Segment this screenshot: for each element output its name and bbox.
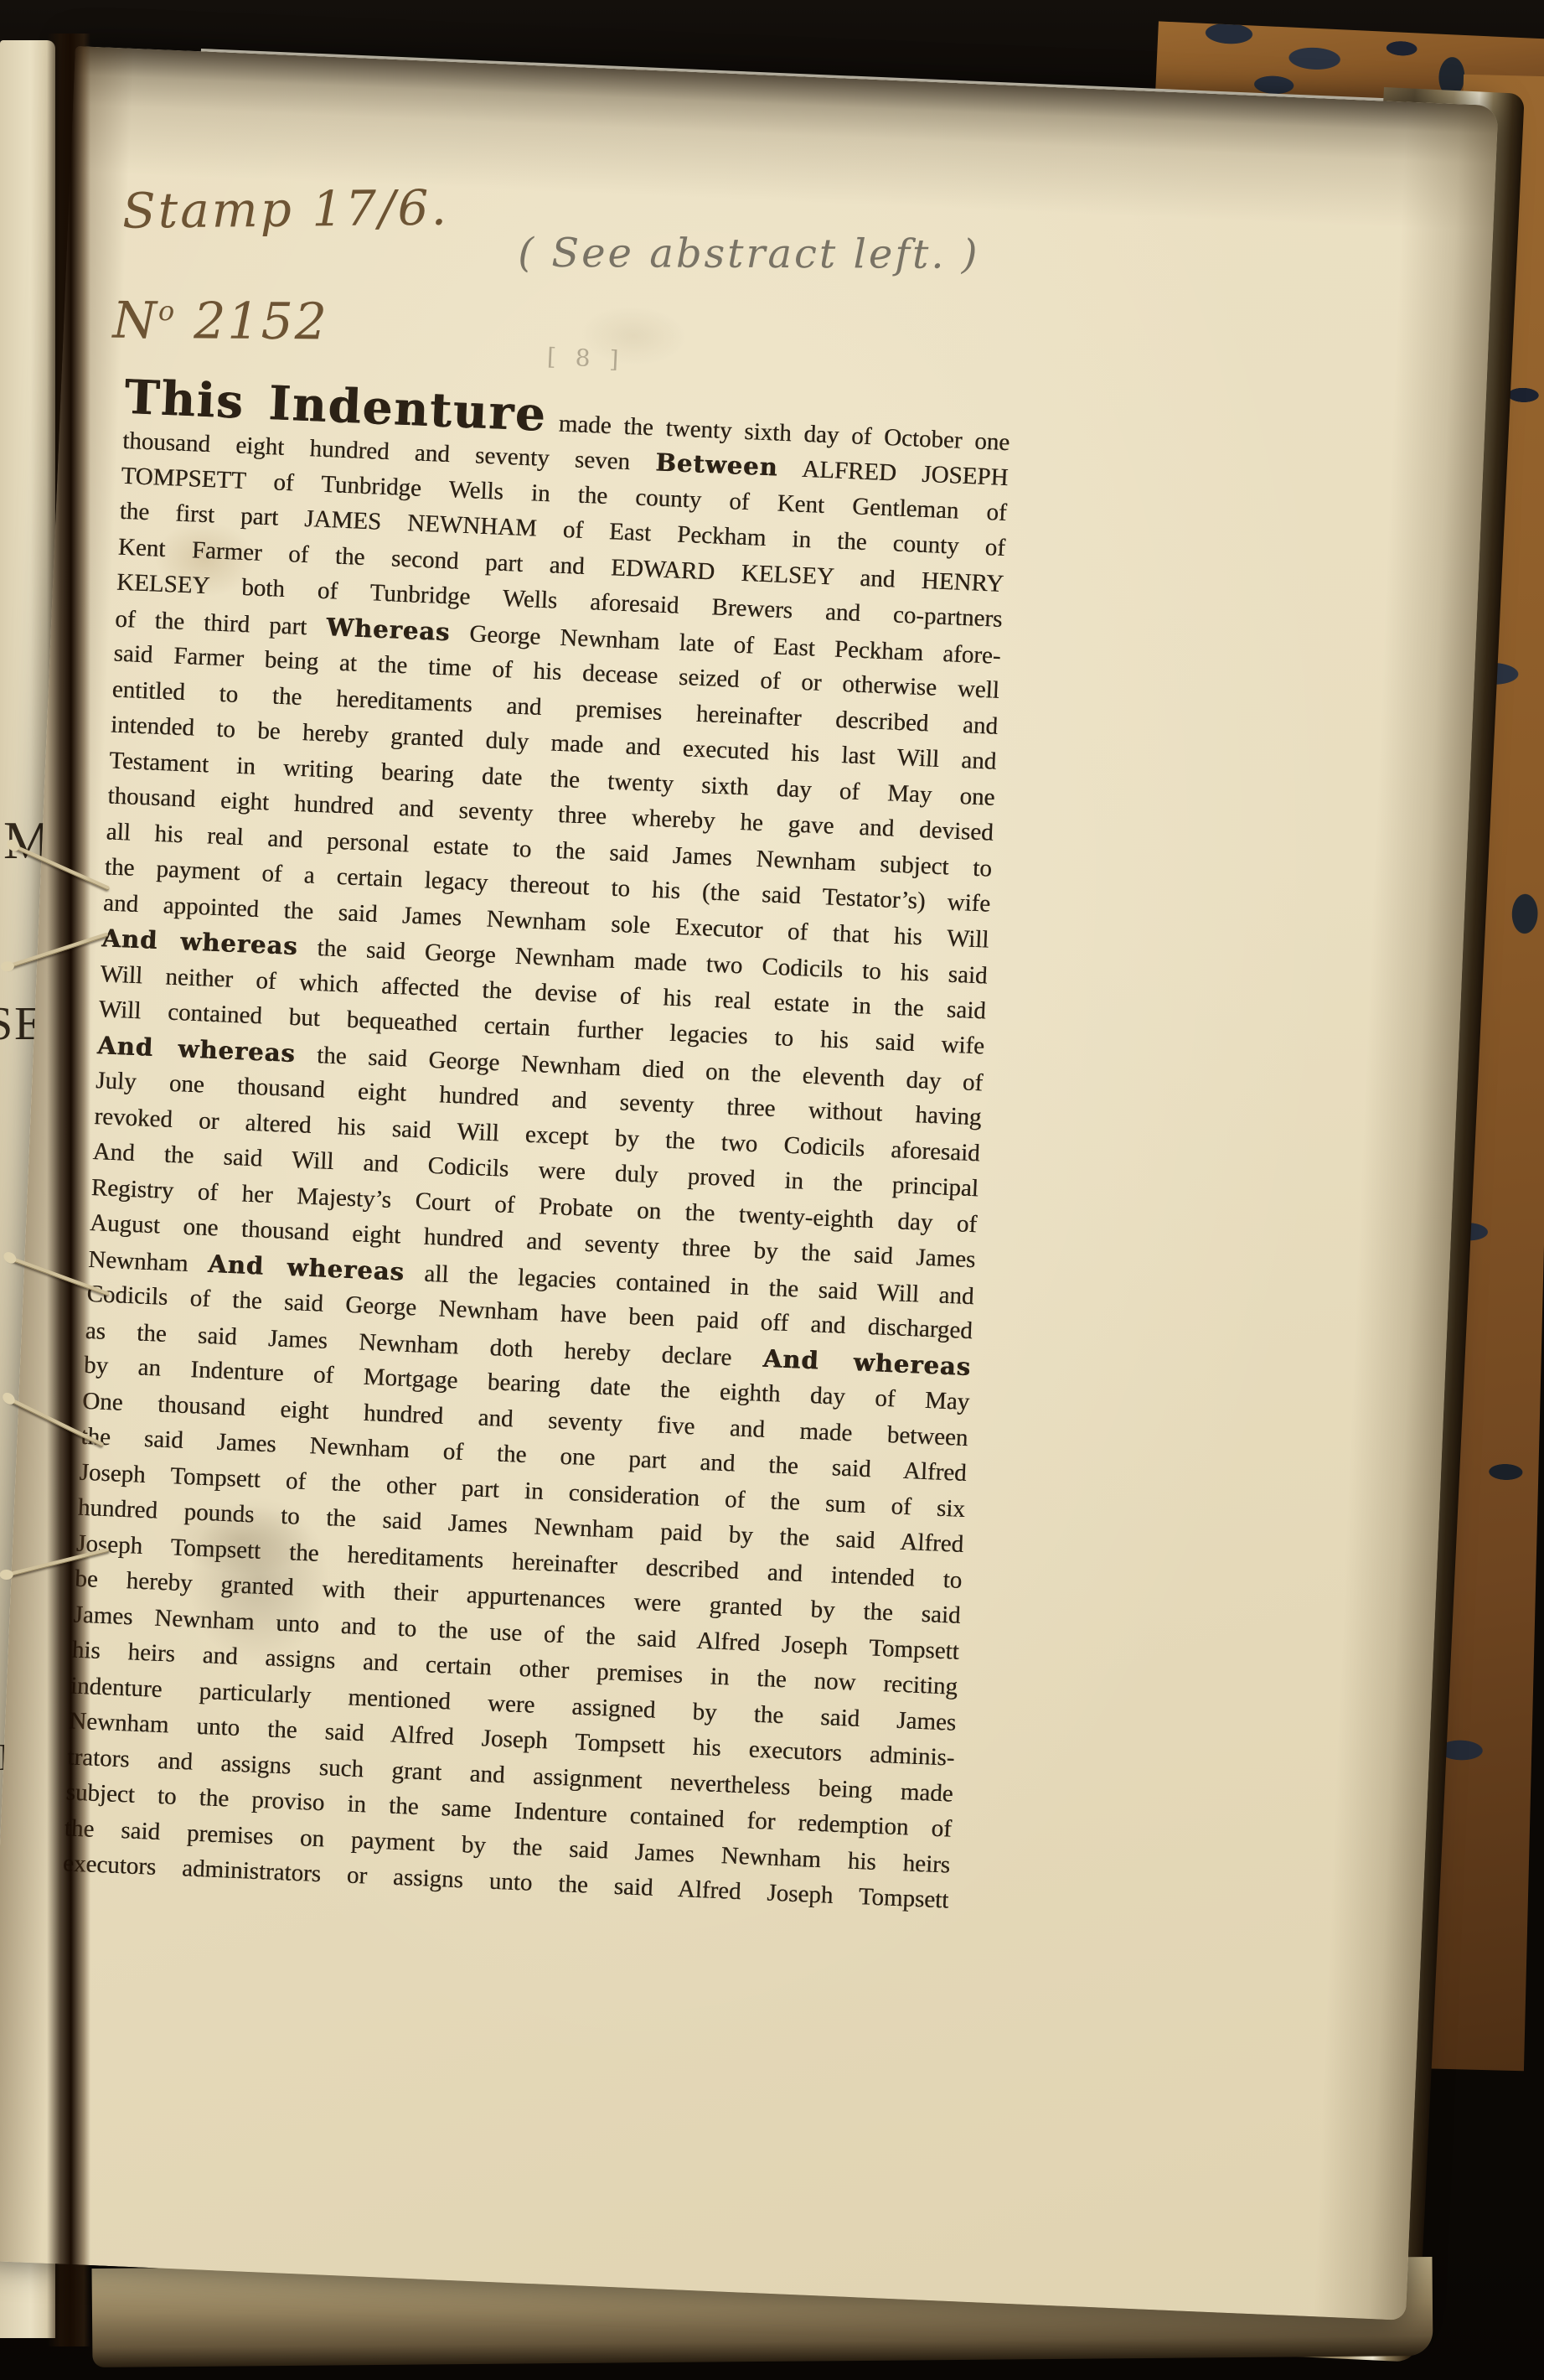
text-segment: of the third part <box>115 605 327 641</box>
binding-gutter <box>47 34 90 2346</box>
number-prefix: N <box>112 292 158 350</box>
stamp-duty-handwriting: Stamp 17/6. <box>122 179 450 240</box>
document-text: This Indenture made the twenty sixth day… <box>62 372 1011 1918</box>
blackletter-segment: And whereas <box>96 1031 296 1068</box>
blackletter-segment: Whereas <box>326 613 451 646</box>
document-page: Stamp 17/6. ( See abstract left. ) No 21… <box>0 46 1499 2320</box>
number-value: 2152 <box>194 292 328 351</box>
number-superscript: o <box>158 295 177 327</box>
blackletter-segment: And whereas <box>762 1343 972 1380</box>
document-number-handwriting: No 2152 <box>112 292 328 352</box>
blackletter-segment: And whereas <box>101 924 298 960</box>
pencil-annotation: ( See abstract left. ) <box>518 230 979 278</box>
blackletter-segment: Between <box>655 448 779 481</box>
photographed-book-page: M SETT. N, WELLS Stamp 17/6. ( See abstr… <box>0 0 1544 2380</box>
faint-page-stamp: [ 8 ] <box>546 343 625 374</box>
blackletter-segment: And whereas <box>208 1249 405 1286</box>
text-segment: Newnham <box>88 1245 209 1277</box>
text-segment: ALFRED JOSEPH <box>777 455 1009 491</box>
